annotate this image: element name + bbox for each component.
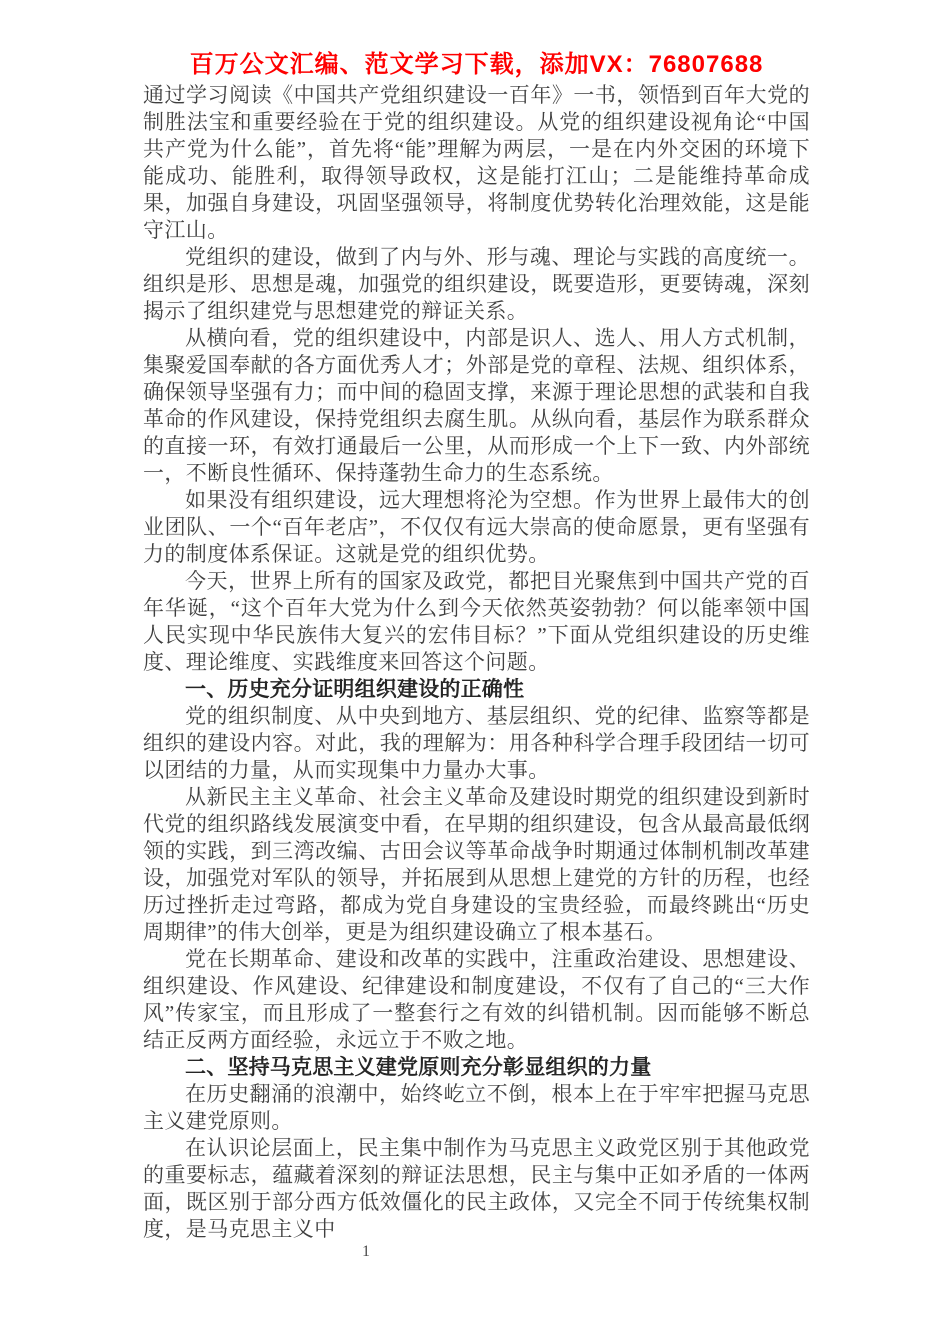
section-heading: 二、坚持马克思主义建党原则充分彰显组织的力量: [143, 1054, 810, 1081]
paragraph: 在历史翻涌的浪潮中，始终屹立不倒，根本上在于牢牢把握马克思主义建党原则。: [143, 1081, 810, 1135]
promo-header: 百万公文汇编、范文学习下载，添加VX：76807688: [143, 44, 810, 79]
paragraph: 通过学习阅读《中国共产党组织建设一百年》一书，领悟到百年大党的制胜法宝和重要经验…: [143, 82, 810, 244]
paragraph: 党组织的建设，做到了内与外、形与魂、理论与实践的高度统一。组织是形、思想是魂，加…: [143, 244, 810, 325]
section-heading: 一、历史充分证明组织建设的正确性: [143, 676, 810, 703]
page-number: 1: [336, 1243, 396, 1261]
document-page: 百万公文汇编、范文学习下载，添加VX：76807688 通过学习阅读《中国共产党…: [0, 0, 950, 1344]
paragraph: 从新民主主义革命、社会主义革命及建设时期党的组织建设到新时代党的组织路线发展演变…: [143, 784, 810, 946]
paragraph: 从横向看，党的组织建设中，内部是识人、选人、用人方式机制，集聚爱国奉献的各方面优…: [143, 325, 810, 487]
paragraph: 党的组织制度、从中央到地方、基层组织、党的纪律、监察等都是组织的建设内容。对此，…: [143, 703, 810, 784]
paragraph: 在认识论层面上，民主集中制作为马克思主义政党区别于其他政党的重要标志，蕴藏着深刻…: [143, 1135, 810, 1243]
paragraph: 党在长期革命、建设和改革的实践中，注重政治建设、思想建设、组织建设、作风建设、纪…: [143, 946, 810, 1054]
paragraph: 如果没有组织建设，远大理想将沦为空想。作为世界上最伟大的创业团队、一个“百年老店…: [143, 487, 810, 568]
document-body: 通过学习阅读《中国共产党组织建设一百年》一书，领悟到百年大党的制胜法宝和重要经验…: [143, 82, 810, 1243]
paragraph: 今天，世界上所有的国家及政党，都把目光聚焦到中国共产党的百年华诞，“这个百年大党…: [143, 568, 810, 676]
